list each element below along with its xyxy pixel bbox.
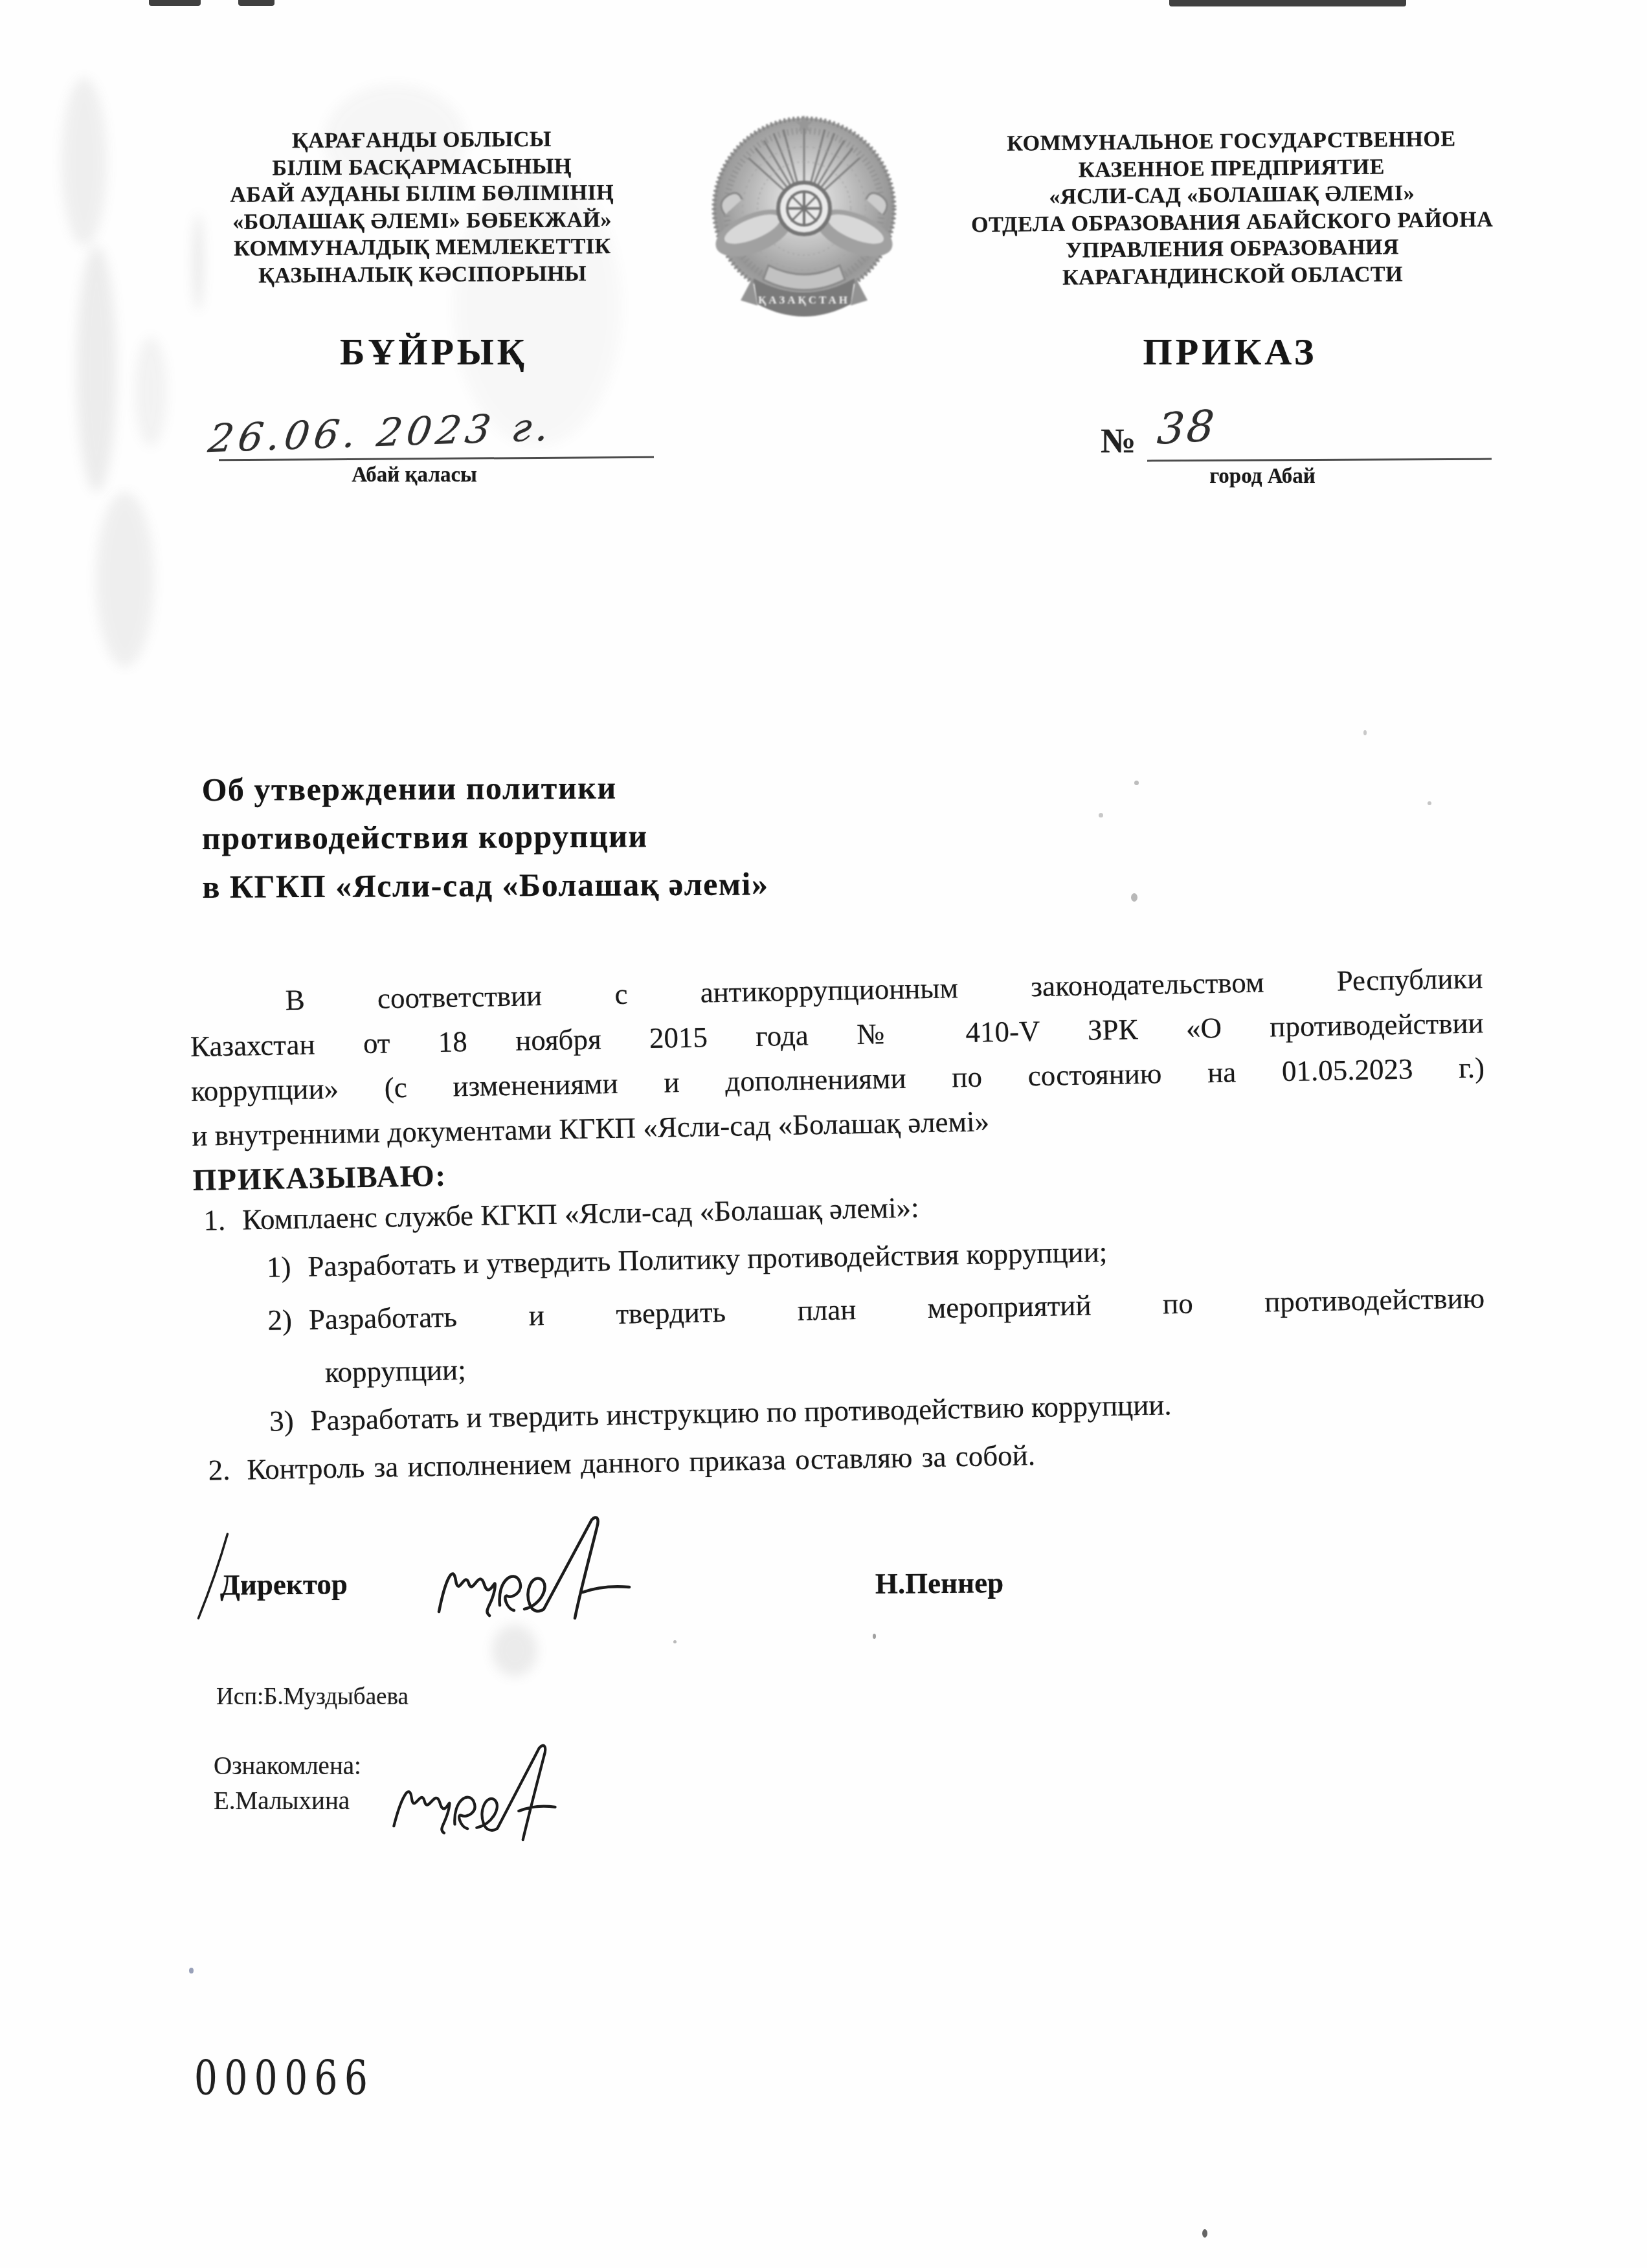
order-heading-kazakh: БҰЙРЫҚ xyxy=(298,330,570,373)
acknowledged-label: Ознакомлена: xyxy=(214,1751,361,1781)
scan-artifact xyxy=(1099,813,1103,817)
signer-name: Н.Пеннер xyxy=(875,1566,1003,1601)
scan-artifact xyxy=(76,246,117,492)
signer-position: Директор xyxy=(220,1567,348,1602)
org-name-kazakh: ҚАРАҒАНДЫ ОБЛЫСЫ БІЛІМ БАСҚАРМАСЫНЫҢ АБА… xyxy=(187,126,657,289)
order-body: В соответствии с антикоррупционным закон… xyxy=(189,953,1483,977)
place-kazakh: Абай қаласы xyxy=(278,463,550,487)
number-sign: № xyxy=(1101,421,1136,461)
handwritten-date: 26.06. 2023 г. xyxy=(206,405,557,461)
org-kk-line: ҚАРАҒАНДЫ ОБЛЫСЫ xyxy=(187,126,656,155)
org-kk-line: АБАЙ АУДАНЫ БІЛІМ БӨЛІМІНІҢ xyxy=(188,179,656,209)
form-number: 000066 xyxy=(194,2052,374,2106)
subject-line: в КГКП «Ясли-сад «Болашақ әлемі» xyxy=(202,859,914,911)
subject-line: противодействия коррупции xyxy=(202,810,914,863)
scan-artifact xyxy=(673,1640,677,1643)
org-kk-line: «БОЛАШАҚ ӘЛЕМІ» БӨБЕКЖАЙ» xyxy=(188,206,656,236)
scan-artifact xyxy=(135,337,167,447)
org-name-russian: КОММУНАЛЬНОЕ ГОСУДАРСТВЕННОЕ КАЗЕННОЕ ПР… xyxy=(964,126,1501,293)
subject-line: Об утверждении политики xyxy=(201,762,913,814)
scan-artifact xyxy=(189,1968,194,1973)
scan-artifact xyxy=(149,0,201,6)
emblem-shanyrak xyxy=(778,183,830,234)
scan-artifact xyxy=(1134,781,1139,785)
scan-artifact xyxy=(96,492,154,667)
acknowledged-name: Е.Малыхина xyxy=(214,1786,350,1816)
executor-line: Исп:Б.Муздыбаева xyxy=(216,1683,409,1711)
scan-artifact xyxy=(238,0,274,6)
handwritten-order-number: 38 xyxy=(1156,401,1218,454)
acknowledged-signature xyxy=(384,1729,583,1865)
scan-artifact xyxy=(1428,801,1431,805)
org-ru-line: КОММУНАЛЬНОЕ ГОСУДАРСТВЕННОЕ xyxy=(964,126,1499,158)
scanned-order-document: ҚАЗАҚСТАН ҚАРАҒАНДЫ ОБЛЫСЫ БІЛІМ БАСҚАРМ… xyxy=(0,0,1647,2268)
org-kk-line: БІЛІМ БАСҚАРМАСЫНЫҢ xyxy=(187,152,656,182)
list-item: 2)Разработать и твердить план мероприяти… xyxy=(191,1278,1485,1341)
kazakhstan-coat-of-arms: ҚАЗАҚСТАН xyxy=(707,111,901,328)
scan-artifact xyxy=(62,78,107,246)
order-heading-russian: ПРИКАЗ xyxy=(1094,330,1366,373)
scan-artifact xyxy=(1131,893,1137,902)
scan-artifact xyxy=(1169,0,1406,6)
org-kk-line: ҚАЗЫНАЛЫҚ КӘСІПОРЫНЫ xyxy=(188,260,657,289)
org-ru-line: ОТДЕЛА ОБРАЗОВАНИЯ АБАЙСКОГО РАЙОНА xyxy=(965,206,1499,238)
order-subject: Об утверждении политики противодействия … xyxy=(201,762,914,911)
org-ru-line: КАРАГАНДИНСКОЙ ОБЛАСТИ xyxy=(965,260,1500,292)
director-signature xyxy=(427,1508,647,1644)
scan-artifact xyxy=(1202,2229,1207,2238)
emblem-caption: ҚАЗАҚСТАН xyxy=(758,294,850,306)
place-russian: город Абай xyxy=(1133,465,1392,489)
org-kk-line: КОММУНАЛДЫҚ МЕМЛЕКЕТТІК xyxy=(188,233,656,263)
scan-artifact xyxy=(1363,730,1367,735)
number-underline xyxy=(1147,458,1492,462)
scan-artifact xyxy=(873,1634,876,1639)
